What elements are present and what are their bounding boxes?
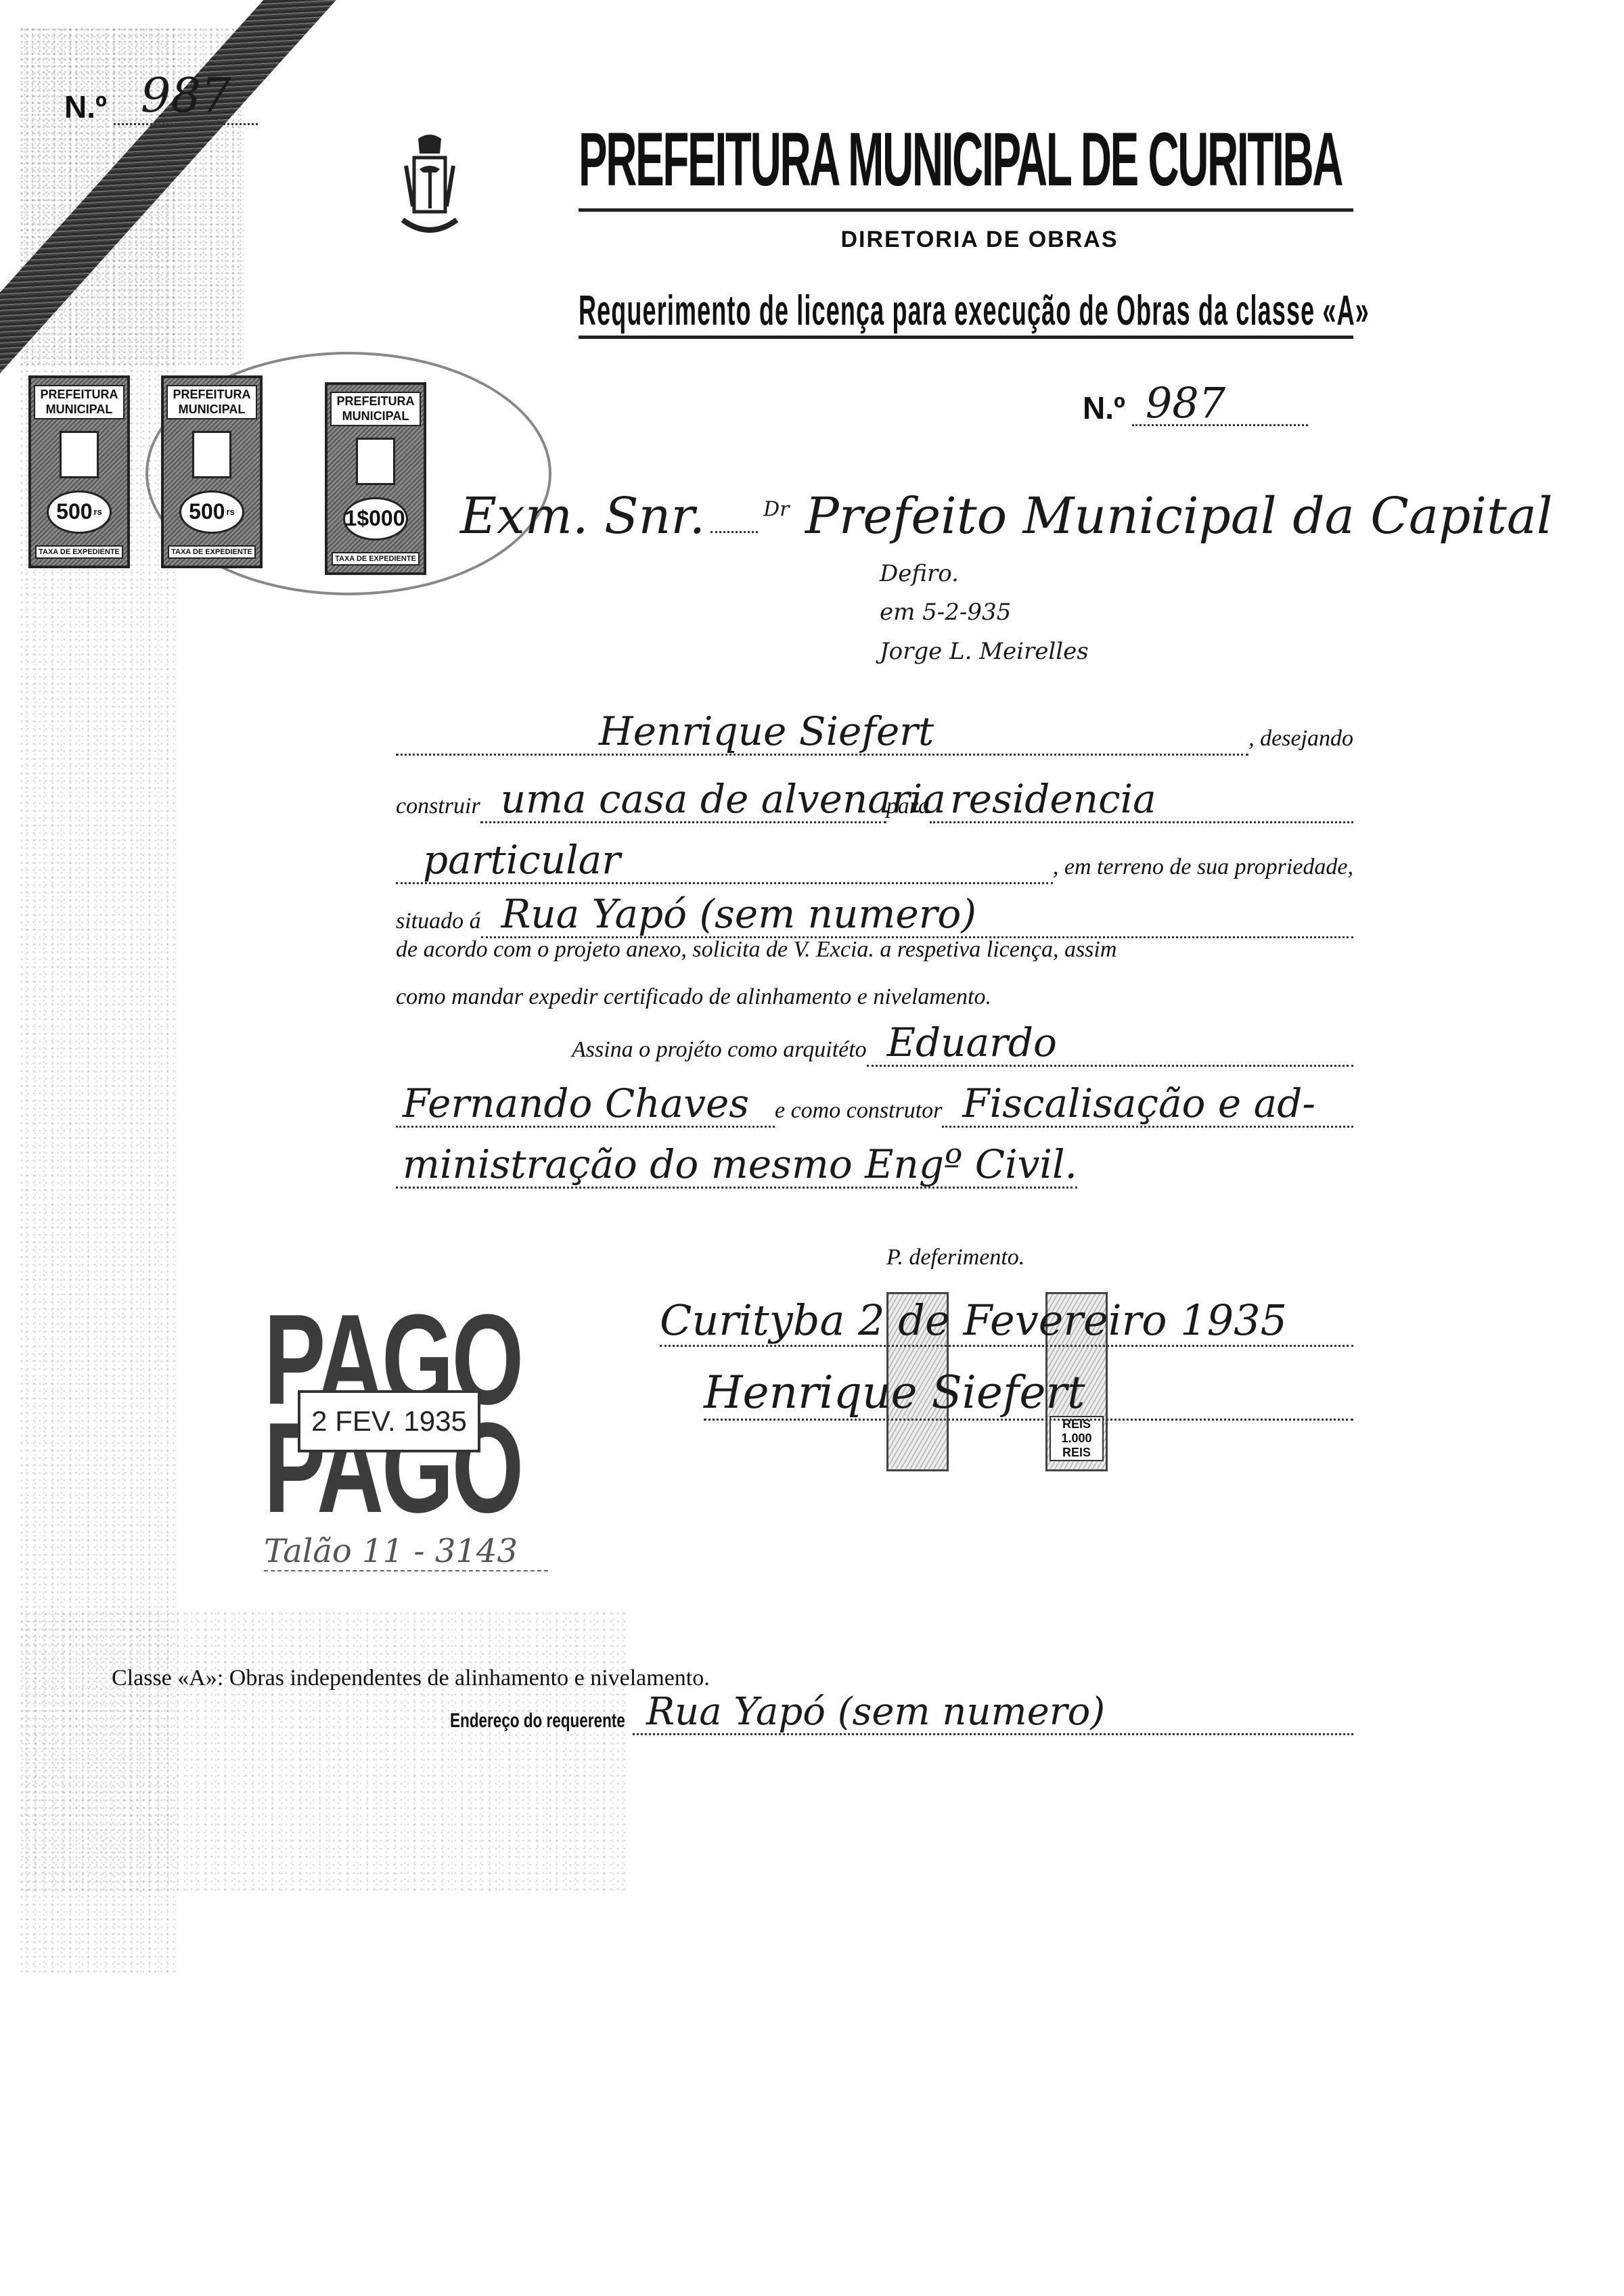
department-name: DIRETORIA DE OBRAS [579,227,1353,253]
terreno-label: , em terreno de sua propriedade, [1053,854,1353,884]
fee-stamp: PREFEITURA MUNICIPAL 500rs TAXA DE EXPED… [161,375,263,568]
divider [579,208,1353,212]
corner-number: N.º 987 [64,68,258,125]
builder-continued: ministração do mesmo Engº Civil. [396,1143,1077,1189]
architect-name-continued: Fernando Chaves [396,1082,775,1128]
builder: Fiscalisação e ad- [942,1082,1353,1128]
desejando-label: , desejando [1248,726,1353,756]
form-number-label: N.º [1083,390,1125,426]
emblem-icon [192,431,231,478]
page-title: PREFEITURA MUNICIPAL DE CURITIBA [579,122,1350,196]
fee-stamp-header: PREFEITURA MUNICIPAL [330,392,421,426]
honorific: Dr [763,497,789,521]
builder-continued-line: ministração do mesmo Engº Civil. [396,1143,1073,1189]
coat-of-arms-icon [399,132,460,247]
purpose: residencia [930,778,1353,823]
fee-stamp-value: 500rs [47,490,112,534]
paragraph-line-2: como mandar expedir certificado de alinh… [396,984,1353,1010]
form-title: Requerimento de licença para execução de… [579,287,1363,329]
fee-stamp-header: PREFEITURA MUNICIPAL [166,385,257,419]
letterhead: PREFEITURA MUNICIPAL DE CURITIBA DIRETOR… [579,122,1353,339]
para-label: para [886,794,930,823]
revenue-stamp-value: REIS 1.000 REIS [1050,1416,1104,1461]
place-date-line: Curityba 2 de Fevereiro 1935 [660,1295,1353,1347]
place-date: Curityba 2 de Fevereiro 1935 [660,1295,1287,1345]
construtor-label: e como construtor [775,1098,942,1128]
receipt-number: Talão 11 - 3143 [264,1532,548,1571]
fee-stamp-footer: TAXA DE EXPEDIENTE [168,545,256,559]
address-line: Endereço do requerente Rua Yapó (sem num… [450,1691,1353,1735]
scan-noise-bottom [20,1610,629,1894]
location-line: situado á Rua Yapó (sem numero) [396,893,1353,938]
paragraph-line-1: de acordo com o projeto anexo, solicita … [396,937,1353,963]
class-note: Classe «A»: Obras independentes de alinh… [112,1666,710,1691]
address-label: Endereço do requerente [450,1709,587,1735]
deferimento: P. deferimento. [886,1245,1024,1270]
corner-number-label: N.º [64,89,107,125]
paid-date: 2 FEV. 1935 [298,1390,480,1452]
fee-stamp: PREFEITURA MUNICIPAL 1$000 TAXA DE EXPED… [325,382,426,575]
location: Rua Yapó (sem numero) [481,893,1353,938]
dispatch-date: em 5-2-935 [880,600,1089,625]
construir-label: construir [396,794,480,823]
architect-name: Eduardo [867,1021,1353,1067]
fee-stamp-footer: TAXA DE EXPEDIENTE [332,552,420,566]
construction-line: construir uma casa de alvenaria para res… [396,778,1353,823]
fee-stamp-value: 500rs [179,490,244,534]
fee-stamp-value: 1$000 [343,497,408,541]
applicant-name: Henrique Siefert [396,710,1248,756]
purpose-line: particular , em terreno de sua proprieda… [396,839,1353,884]
applicant-line: Henrique Siefert , desejando [396,710,1353,756]
dispatch-signature: Jorge L. Meirelles [880,639,1089,664]
salutation: Exm. Snr.Dr Prefeito Municipal da Capita… [460,487,1553,545]
form-number-value: 987 [1132,382,1308,426]
corner-number-value: 987 [114,68,258,125]
purpose-continued: particular [396,839,1053,884]
construction-type: uma casa de alvenaria [480,778,886,823]
address-value: Rua Yapó (sem numero) [633,1691,1353,1735]
form-number: N.º 987 [1083,382,1308,426]
emblem-icon [356,438,395,485]
emblem-icon [60,431,99,478]
fee-stamp-header: PREFEITURA MUNICIPAL [34,385,125,419]
situado-label: situado á [396,909,481,938]
architect-line: Assina o projéto como arquitéto Eduardo [396,1021,1353,1067]
paid-stamp: PAGO PAGO 2 FEV. 1935 [261,1309,545,1539]
applicant-signature: Henrique Siefert [704,1367,1353,1421]
fee-stamp: PREFEITURA MUNICIPAL 500rs TAXA DE EXPED… [28,375,130,568]
divider [579,336,1353,339]
salutation-text: Prefeito Municipal da Capital [805,487,1552,545]
fee-stamp-footer: TAXA DE EXPEDIENTE [35,545,123,559]
dispatch-note: Defiro. em 5-2-935 Jorge L. Meirelles [880,561,1089,678]
salutation-prefix: Exm. Snr. [460,487,705,545]
arquiteto-label: Assina o projéto como arquitéto [572,1037,867,1067]
dispatch-decision: Defiro. [880,561,1089,587]
builder-line: Fernando Chaves e como construtor Fiscal… [396,1082,1353,1128]
